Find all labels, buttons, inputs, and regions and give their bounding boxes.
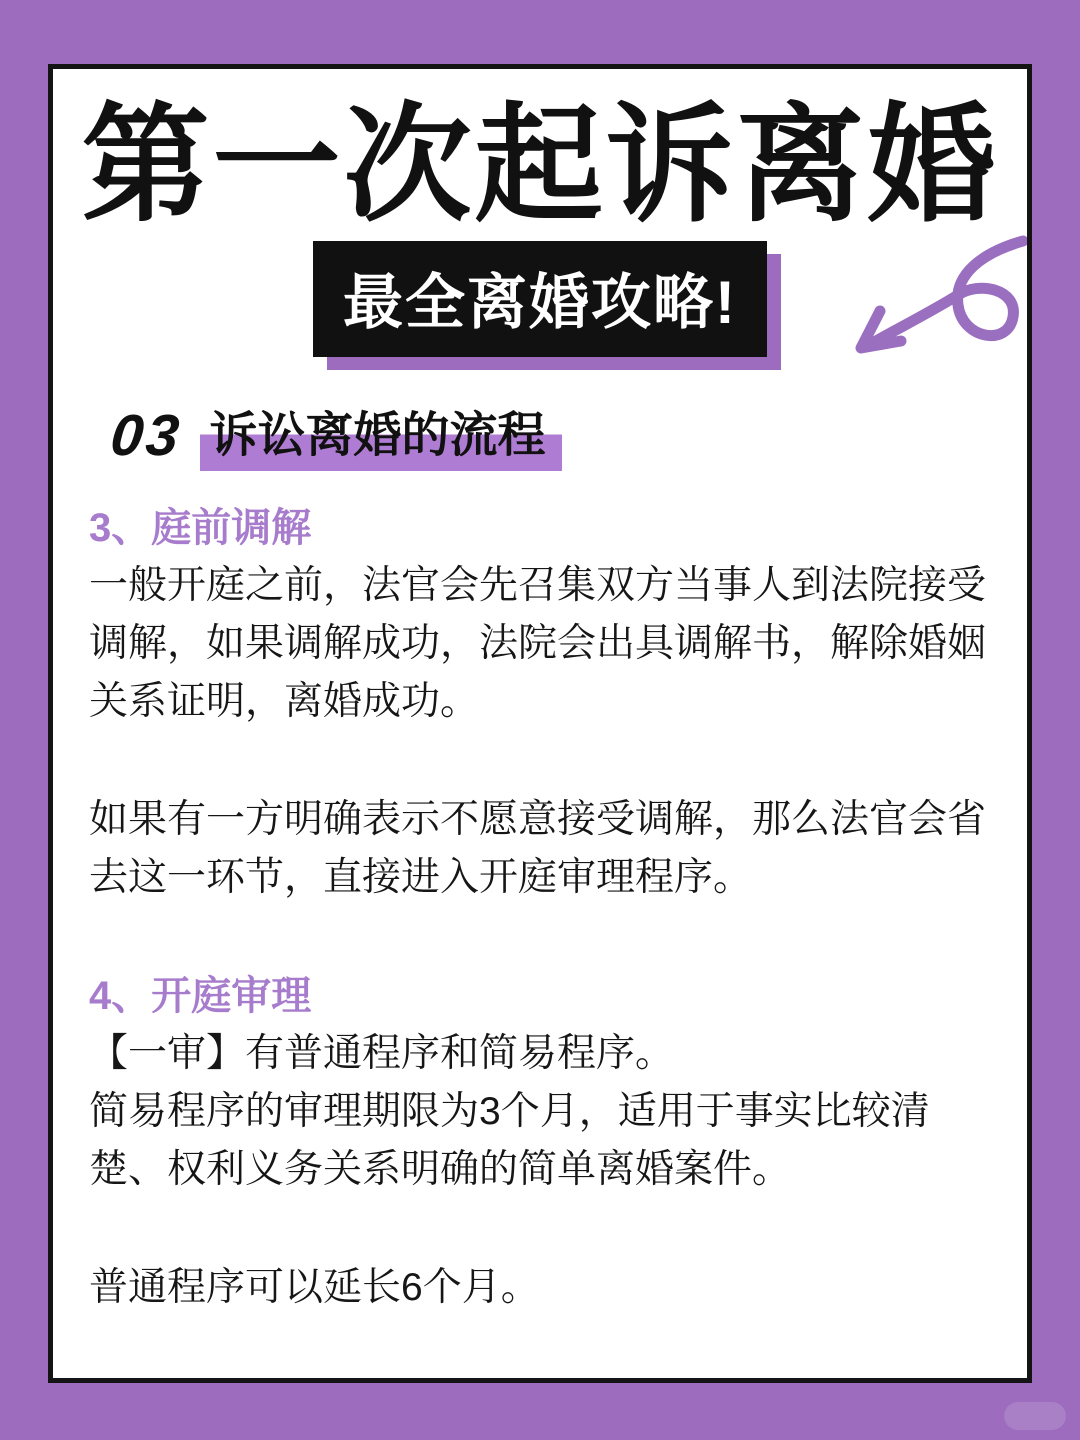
page: { "header": { "title": "第一次起诉离婚", "subti… <box>0 0 1080 1440</box>
paragraph-mediation-1: 一般开庭之前，法官会先召集双方当事人到法院接受调解，如果调解成功，法院会出具调解… <box>89 557 1001 731</box>
subhead-court-hearing: 4、开庭审理 <box>89 967 1001 1025</box>
section-title: 诉讼离婚的流程 <box>200 408 562 471</box>
page-title: 第一次起诉离婚 <box>53 99 1027 233</box>
subhead-pretrial-mediation: 3、庭前调解 <box>89 499 1001 557</box>
content-area: 3、庭前调解 一般开庭之前，法官会先召集双方当事人到法院接受调解，如果调解成功，… <box>89 499 1001 1377</box>
section-header: 03 诉讼离婚的流程 <box>111 407 562 471</box>
subtitle-banner: 最全离婚攻略! <box>313 241 767 357</box>
content-card: 第一次起诉离婚 最全离婚攻略! 03 诉讼离婚的流程 3、庭前调解 一般开庭之前… <box>48 64 1032 1383</box>
purple-frame: 第一次起诉离婚 最全离婚攻略! 03 诉讼离婚的流程 3、庭前调解 一般开庭之前… <box>0 0 1080 1440</box>
curl-arrow-icon <box>777 227 1027 372</box>
paragraph-hearing-2: 普通程序可以延长6个月。 <box>89 1259 1001 1317</box>
watermark <box>1004 1402 1066 1430</box>
section-number: 03 <box>108 407 185 465</box>
paragraph-hearing-1: 【一审】有普通程序和简易程序。 简易程序的审理期限为3个月，适用于事实比较清楚、… <box>89 1025 1001 1199</box>
paragraph-mediation-2: 如果有一方明确表示不愿意接受调解，那么法官会省去这一环节，直接进入开庭审理程序。 <box>89 791 1001 907</box>
